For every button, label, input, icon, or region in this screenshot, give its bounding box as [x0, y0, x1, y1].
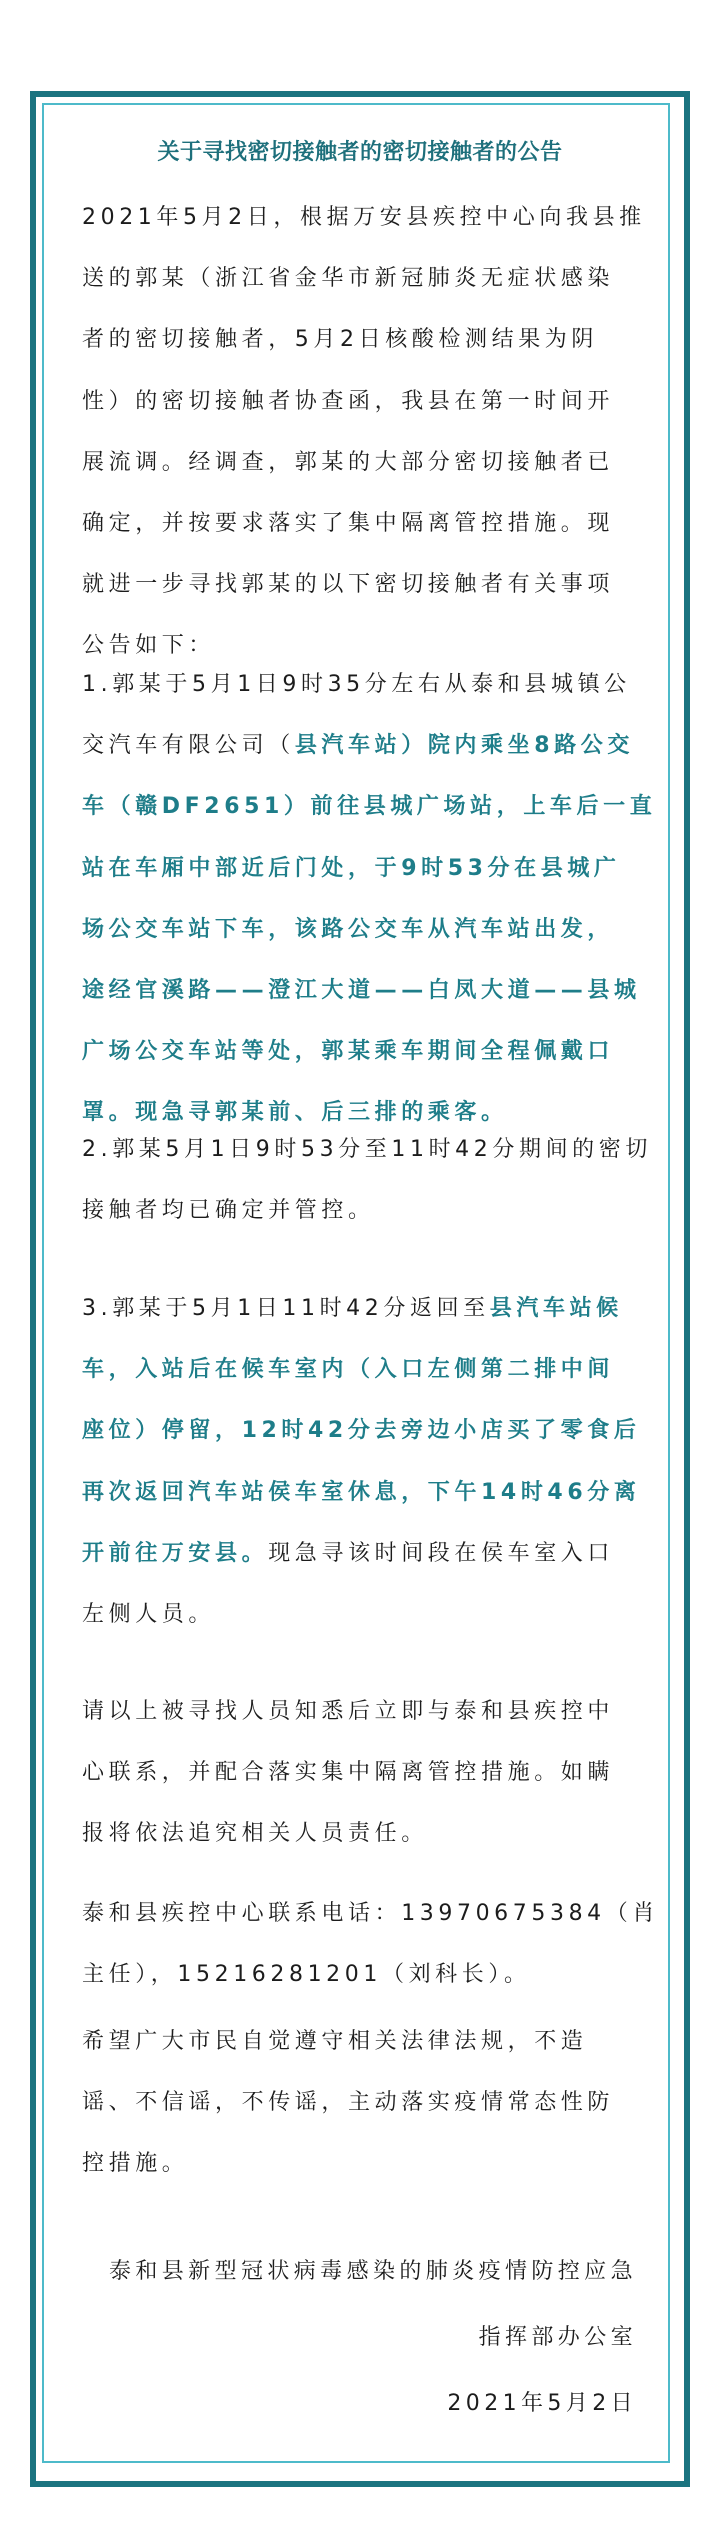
phone-line: 主任），15216281201（刘科长）。 — [82, 1944, 652, 2005]
highlighted-text: 县汽车站候 — [490, 1296, 623, 1321]
item-2-paragraph: 2.郭某5月1日9时53分至11时42分期间的密切 接触者均已确定并管控。 — [82, 1119, 652, 1241]
item-3-paragraph: 3.郭某于5月1日11时42分返回至县汽车站候 车，入站后在候车室内（入口左侧第… — [82, 1278, 652, 1645]
plain-text: 交汽车有限公司（ — [82, 733, 295, 758]
text-line: 开前往万安县。现急寻该时间段在侯车室入口 — [82, 1523, 652, 1584]
item-1-paragraph: 1.郭某于5月1日9时35分左右从泰和县城镇公 交汽车有限公司（县汽车站）院内乘… — [82, 654, 652, 1144]
text-line: 展流调。经调查，郭某的大部分密切接触者已 — [82, 432, 652, 493]
text-line: 请以上被寻找人员知悉后立即与泰和县疾控中 — [82, 1681, 652, 1742]
highlighted-text-line: 场公交车站下车，该路公交车从汽车站出发， — [82, 899, 652, 960]
text-line: 心联系，并配合落实集中隔离管控措施。如瞒 — [82, 1742, 652, 1803]
request-paragraph: 请以上被寻找人员知悉后立即与泰和县疾控中 心联系，并配合落实集中隔离管控措施。如… — [82, 1681, 652, 1865]
text-line: 左侧人员。 — [82, 1584, 652, 1645]
plain-text: 现急寻该时间段在侯车室入口 — [268, 1541, 614, 1566]
text-line: 确定，并按要求落实了集中隔离管控措施。现 — [82, 493, 652, 554]
highlighted-text-line: 途经官溪路——澄江大道——白凤大道——县城 — [82, 960, 652, 1021]
highlighted-text-line: 车，入站后在候车室内（入口左侧第二排中间 — [82, 1339, 652, 1400]
text-line: 希望广大市民自觉遵守相关法律法规，不造 — [82, 2011, 652, 2072]
appeal-paragraph: 希望广大市民自觉遵守相关法律法规，不造 谣、不信谣，不传谣，主动落实疫情常态性防… — [82, 2011, 652, 2195]
signature-date: 2021年5月2日 — [447, 2389, 637, 2419]
signature-org-line-1: 泰和县新型冠状病毒感染的肺炎疫情防控应急 — [109, 2257, 637, 2287]
contact-paragraph: 泰和县疾控中心联系电话：13970675384（肖 主任），1521628120… — [82, 1883, 652, 2005]
page-title: 关于寻找密切接触者的密切接触者的公告 — [0, 138, 720, 168]
highlighted-text-line: 广场公交车站等处，郭某乘车期间全程佩戴口 — [82, 1021, 652, 1082]
phone-line: 泰和县疾控中心联系电话：13970675384（肖 — [82, 1883, 652, 1944]
highlighted-text-line: 车（赣DF2651）前往县城广场站，上车后一直 — [82, 776, 652, 837]
text-line: 2021年5月2日，根据万安县疾控中心向我县推 — [82, 187, 652, 248]
text-line: 送的郭某（浙江省金华市新冠肺炎无症状感染 — [82, 248, 652, 309]
text-line: 交汽车有限公司（县汽车站）院内乘坐8路公交 — [82, 715, 652, 776]
text-line: 就进一步寻找郭某的以下密切接触者有关事项 — [82, 554, 652, 615]
text-line: 报将依法追究相关人员责任。 — [82, 1803, 652, 1864]
intro-paragraph: 2021年5月2日，根据万安县疾控中心向我县推 送的郭某（浙江省金华市新冠肺炎无… — [82, 187, 652, 677]
text-line: 性）的密切接触者协查函，我县在第一时间开 — [82, 371, 652, 432]
text-line: 接触者均已确定并管控。 — [82, 1180, 652, 1241]
highlighted-text-line: 再次返回汽车站侯车室休息，下午14时46分离 — [82, 1462, 652, 1523]
highlighted-text: 开前往万安县。 — [82, 1541, 268, 1566]
highlighted-text-line: 站在车厢中部近后门处，于9时53分在县城广 — [82, 838, 652, 899]
signature-org-line-2: 指挥部办公室 — [479, 2323, 637, 2353]
text-line: 谣、不信谣，不传谣，主动落实疫情常态性防 — [82, 2072, 652, 2133]
highlighted-text-line: 座位）停留，12时42分去旁边小店买了零食后 — [82, 1400, 652, 1461]
text-line: 1.郭某于5月1日9时35分左右从泰和县城镇公 — [82, 654, 652, 715]
text-line: 控措施。 — [82, 2133, 652, 2194]
text-line: 3.郭某于5月1日11时42分返回至县汽车站候 — [82, 1278, 652, 1339]
text-line: 者的密切接触者，5月2日核酸检测结果为阴 — [82, 309, 652, 370]
highlighted-text: 县汽车站）院内乘坐8路公交 — [295, 733, 634, 758]
text-line: 2.郭某5月1日9时53分至11时42分期间的密切 — [82, 1119, 652, 1180]
plain-text: 3.郭某于5月1日11时42分返回至 — [82, 1296, 490, 1321]
